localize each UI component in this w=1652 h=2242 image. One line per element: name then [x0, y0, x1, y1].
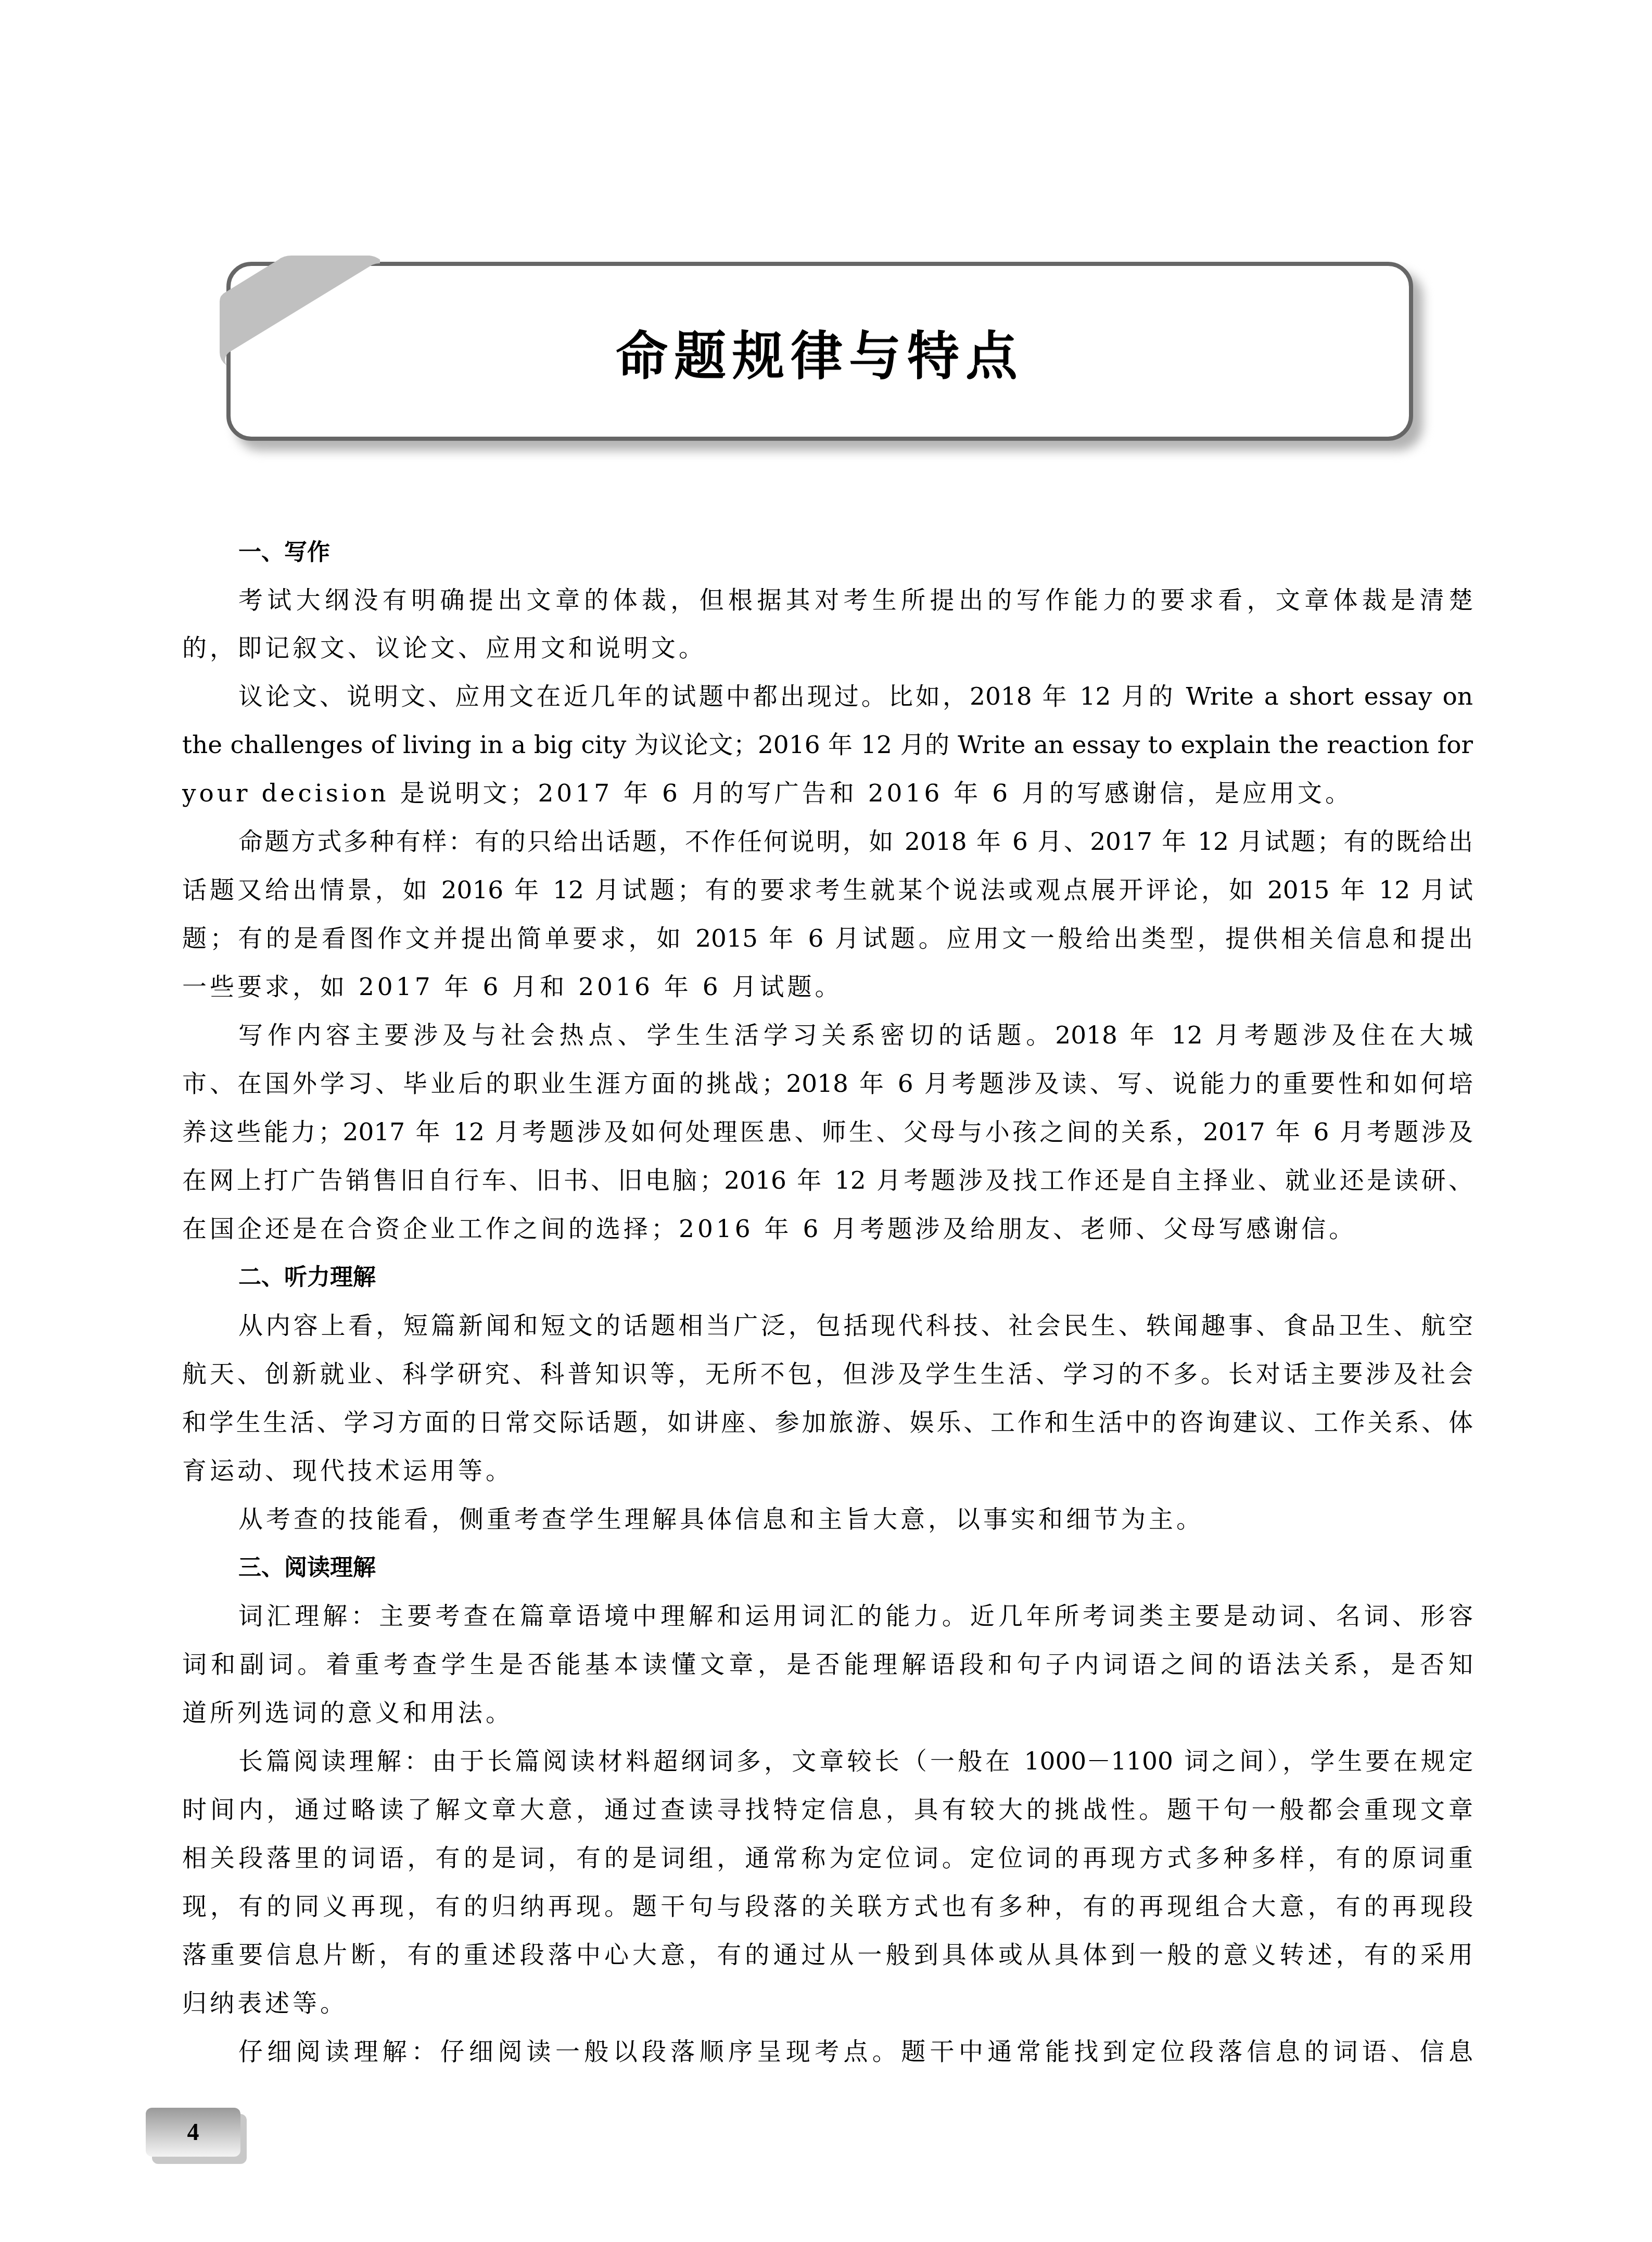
- text-line: 从内容上看，短篇新闻和短文的话题相当广泛，包括现代科技、社会民生、轶闻趣事、食品…: [238, 1302, 1473, 1350]
- text-line: the challenges of living in a big city 为…: [182, 721, 1473, 769]
- text-line: 议论文、说明文、应用文在近几年的试题中都出现过。比如，2018 年 12 月的 …: [238, 672, 1473, 721]
- text-line: 相关段落里的词语，有的是词，有的是词组，通常称为定位词。定位词的再现方式多种多样…: [182, 1834, 1473, 1882]
- chapter-title-banner: 命题规律与特点: [226, 262, 1413, 441]
- text-line: 落重要信息片断，有的重述段落中心大意，有的通过从一般到具体或从具体到一般的意义转…: [182, 1931, 1473, 1979]
- text-line: 仔细阅读理解：仔细阅读一般以段落顺序呈现考点。题干中通常能找到定位段落信息的词语…: [238, 2028, 1473, 2076]
- text-line: 航天、创新就业、科学研究、科普知识等，无所不包，但涉及学生生活、学习的不多。长对…: [182, 1350, 1473, 1398]
- text-line: 词和副词。着重考查学生是否能基本读懂文章，是否能理解语段和句子内词语之间的语法关…: [182, 1640, 1473, 1689]
- section-heading-listening: 二、听力理解: [238, 1253, 376, 1302]
- text-line: 在国企还是在合资企业工作之间的选择；2016 年 6 月考题涉及给朋友、老师、父…: [182, 1205, 1473, 1253]
- text-line: 在网上打广告销售旧自行车、旧书、旧电脑；2016 年 12 月考题涉及找工作还是…: [182, 1156, 1473, 1205]
- text-line: 命题方式多种有样：有的只给出话题，不作任何说明，如 2018 年 6 月、201…: [238, 818, 1473, 866]
- text-line: 考试大纲没有明确提出文章的体裁，但根据其对考生所提出的写作能力的要求看，文章体裁…: [238, 576, 1473, 625]
- text-line: 时间内，通过略读了解文章大意，通过查读寻找特定信息，具有较大的挑战性。题干句一般…: [182, 1786, 1473, 1834]
- page-title: 命题规律与特点: [231, 327, 1409, 385]
- text-line: your decision 是说明文；2017 年 6 月的写广告和 2016 …: [182, 769, 1473, 818]
- text-line: 题；有的是看图作文并提出简单要求，如 2015 年 6 月试题。应用文一般给出类…: [182, 914, 1473, 963]
- text-line: 的，即记叙文、议论文、应用文和说明文。: [182, 624, 1473, 672]
- text-line: 长篇阅读理解：由于长篇阅读材料超纲词多，文章较长（一般在 1000－1100 词…: [238, 1737, 1473, 1786]
- text-line: 市、在国外学习、毕业后的职业生涯方面的挑战；2018 年 6 月考题涉及读、写、…: [182, 1060, 1473, 1108]
- text-line: 从考查的技能看，侧重考查学生理解具体信息和主旨大意，以事实和细节为主。: [238, 1495, 1473, 1544]
- page-number: 4: [146, 2108, 240, 2157]
- section-heading-reading: 三、阅读理解: [238, 1544, 376, 1592]
- text-line: 词汇理解：主要考查在篇章语境中理解和运用词汇的能力。近几年所考词类主要是动词、名…: [238, 1592, 1473, 1640]
- text-line: 育运动、现代技术运用等。: [182, 1447, 1473, 1495]
- text-line: 话题又给出情景，如 2016 年 12 月试题；有的要求考生就某个说法或观点展开…: [182, 866, 1473, 914]
- text-line: 一些要求，如 2017 年 6 月和 2016 年 6 月试题。: [182, 963, 1473, 1011]
- text-line: 养这些能力；2017 年 12 月考题涉及如何处理医患、师生、父母与小孩之间的关…: [182, 1108, 1473, 1156]
- section-heading-writing: 一、写作: [238, 528, 330, 577]
- text-line: 现，有的同义再现，有的归纳再现。题干句与段落的关联方式也有多种，有的再现组合大意…: [182, 1882, 1473, 1931]
- text-line: 归纳表述等。: [182, 1979, 1473, 2028]
- text-line: 和学生生活、学习方面的日常交际话题，如讲座、参加旅游、娱乐、工作和生活中的咨询建…: [182, 1398, 1473, 1447]
- text-line: 写作内容主要涉及与社会热点、学生生活学习关系密切的话题。2018 年 12 月考…: [238, 1011, 1473, 1060]
- text-line: 道所列选词的意义和用法。: [182, 1689, 1473, 1737]
